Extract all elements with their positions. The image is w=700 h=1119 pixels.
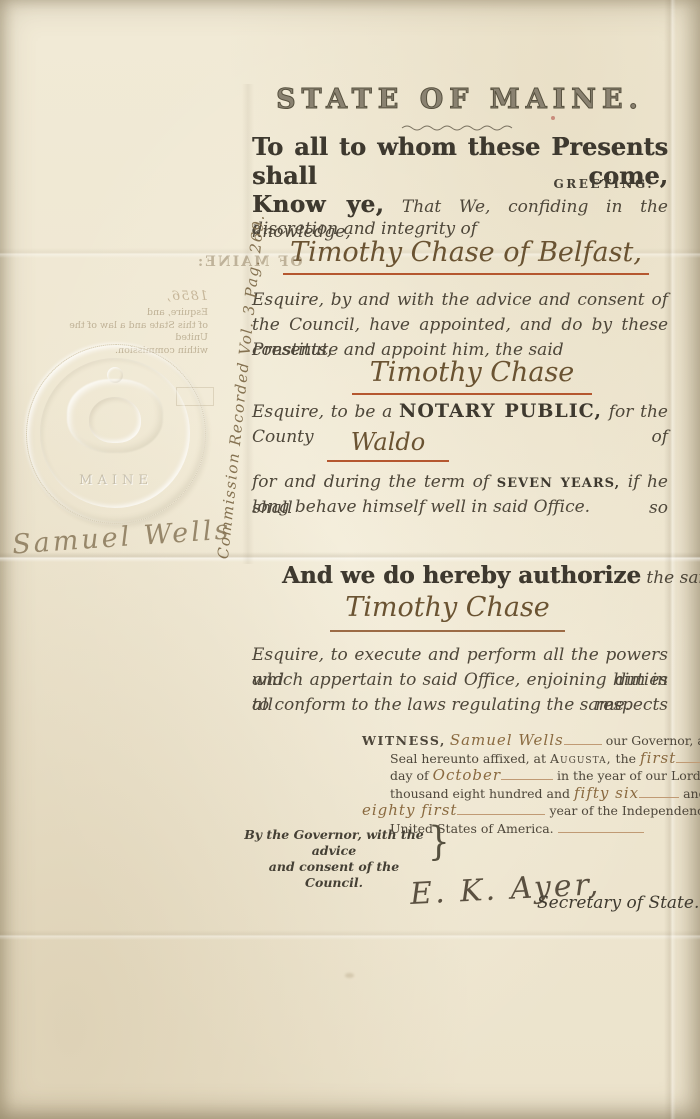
blank-line: [639, 786, 679, 798]
witness-label: WITNESS,: [362, 733, 446, 748]
greeting: GREETING.: [252, 177, 654, 191]
county-line: Waldo: [327, 428, 449, 462]
blank-line: [457, 803, 545, 815]
term-text-pre: for and during the term of: [252, 472, 489, 492]
authorize-text: the said: [646, 568, 700, 588]
blank-line: [564, 733, 602, 745]
seal-star: [107, 367, 123, 383]
stain: [345, 973, 354, 978]
witness-text: day of: [390, 768, 429, 783]
seal-shield: [89, 397, 141, 443]
term-length: SEVEN YEARS,: [497, 476, 620, 491]
paragraph-authorize: And we do hereby authorize the said: [252, 563, 668, 588]
paragraph-know-ye: Know ye, That We, confiding in the knowl…: [252, 192, 668, 242]
document-scan: OF MAINE: 1856, Esquire, and of this Sta…: [0, 0, 700, 1119]
paragraph-term: for and during the term of SEVEN YEARS, …: [252, 470, 668, 520]
independence-year-handwritten: eighty first: [362, 801, 457, 819]
witness-text: year of the Independence of the: [549, 803, 700, 818]
appointee-name-line-3: Timothy Chase: [330, 592, 565, 632]
witness-block: WITNESS, Samuel Wells our Governor, and …: [362, 732, 674, 837]
by-governor-note: By the Governor, with the advice and con…: [243, 827, 425, 891]
fold-crease: [0, 930, 700, 940]
blank-line: [501, 768, 553, 780]
month-handwritten: October: [433, 766, 501, 784]
brace-glyph: }: [428, 819, 450, 865]
appointment-text: the Council, have appointed, and do by t…: [252, 313, 668, 338]
year-handwritten: fifty six: [574, 784, 639, 802]
authorize-lead: And we do hereby authorize: [282, 562, 641, 589]
witness-place: Augusta,: [550, 751, 612, 766]
by-governor-line: and consent of the Council.: [243, 859, 425, 891]
office-text-pre: Esquire, to be a: [252, 402, 392, 422]
office-title: NOTARY PUBLIC,: [399, 400, 602, 422]
embossed-state-seal-icon: MAINE: [26, 344, 206, 524]
duties-text: which appertain to said Office, enjoinin…: [252, 668, 668, 693]
duties-text: to conform to the laws regulating the sa…: [252, 693, 668, 718]
blank-line: [558, 821, 644, 833]
seal-text: MAINE: [27, 473, 205, 488]
witness-text: the: [616, 751, 636, 766]
duties-text: Esquire, to execute and perform all the …: [252, 643, 668, 668]
showthrough-handwriting: 1856,: [42, 289, 208, 304]
witness-text: thousand eight hundred and: [390, 786, 570, 801]
showthrough-line: of this State and a law of the United: [42, 320, 208, 345]
governor-name-handwritten: Samuel Wells: [450, 731, 564, 749]
showthrough-line: Esquire, and: [42, 307, 208, 320]
witness-text: and in the: [683, 786, 700, 801]
paragraph-duties: Esquire, to execute and perform all the …: [252, 643, 668, 718]
appointment-text: Esquire, by and with the advice and cons…: [252, 288, 668, 313]
know-ye-lead: Know ye,: [252, 191, 384, 218]
paragraph-office: Esquire, to be a NOTARY PUBLIC, for the …: [252, 399, 668, 424]
witness-text: in the year of our Lord one: [557, 768, 700, 783]
witness-text: our Governor, and our: [606, 733, 700, 748]
document-title: STATE OF MAINE.: [252, 84, 668, 115]
by-governor-line: By the Governor, with the advice: [243, 827, 425, 859]
secretary-title: Secretary of State.: [537, 893, 699, 913]
appointee-name-line: Timothy Chase of Belfast,: [283, 237, 649, 275]
witness-text: Seal hereunto affixed, at: [390, 751, 546, 766]
day-word-handwritten: first: [640, 749, 676, 767]
blank-line: [676, 751, 700, 763]
paragraph-appointment: Esquire, by and with the advice and cons…: [252, 288, 668, 363]
appointee-name-line-2: Timothy Chase: [352, 357, 592, 395]
